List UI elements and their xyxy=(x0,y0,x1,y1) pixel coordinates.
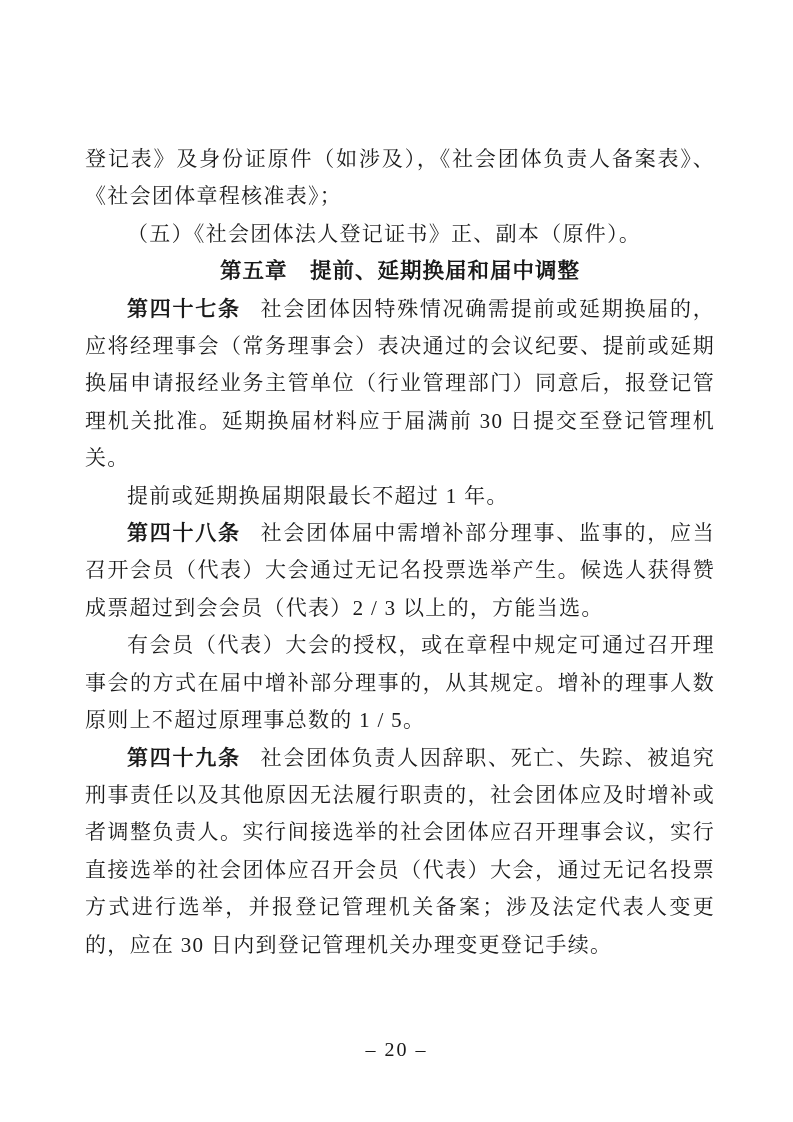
article-47-text: 社会团体因特殊情况确需提前或延期换届的，应将经理事会（常务理事会）表决通过的会议… xyxy=(85,297,715,471)
document-body: 登记表》及身份证原件（如涉及），《社会团体负责人备案表》、《社会团体章程核准表》… xyxy=(85,141,715,964)
paragraph-term-limit: 提前或延期换届期限最长不超过 1 年。 xyxy=(85,478,715,515)
article-47: 第四十七条社会团体因特殊情况确需提前或延期换届的，应将经理事会（常务理事会）表决… xyxy=(85,291,715,478)
article-48: 第四十八条社会团体届中需增补部分理事、监事的，应当召开会员（代表）大会通过无记名… xyxy=(85,515,715,627)
list-item-five: （五）《社会团体法人登记证书》正、副本（原件）。 xyxy=(85,216,715,253)
page-footer: – 20 – xyxy=(0,1038,793,1062)
article-47-number: 第四十七条 xyxy=(127,297,241,321)
article-49-number: 第四十九条 xyxy=(127,746,241,770)
paragraph-continuation: 登记表》及身份证原件（如涉及），《社会团体负责人备案表》、《社会团体章程核准表》… xyxy=(85,141,715,216)
article-49-text: 社会团体负责人因辞职、死亡、失踪、被追究刑事责任以及其他原因无法履行职责的，社会… xyxy=(85,746,715,957)
article-48-number: 第四十八条 xyxy=(127,521,241,545)
document-page: 登记表》及身份证原件（如涉及），《社会团体负责人备案表》、《社会团体章程核准表》… xyxy=(0,0,793,1122)
paragraph-authorization: 有会员（代表）大会的授权，或在章程中规定可通过召开理事会的方式在届中增补部分理事… xyxy=(85,627,715,739)
article-49: 第四十九条社会团体负责人因辞职、死亡、失踪、被追究刑事责任以及其他原因无法履行职… xyxy=(85,740,715,964)
page-number: – 20 – xyxy=(366,1039,428,1061)
chapter-heading: 第五章 提前、延期换届和届中调整 xyxy=(85,253,715,290)
